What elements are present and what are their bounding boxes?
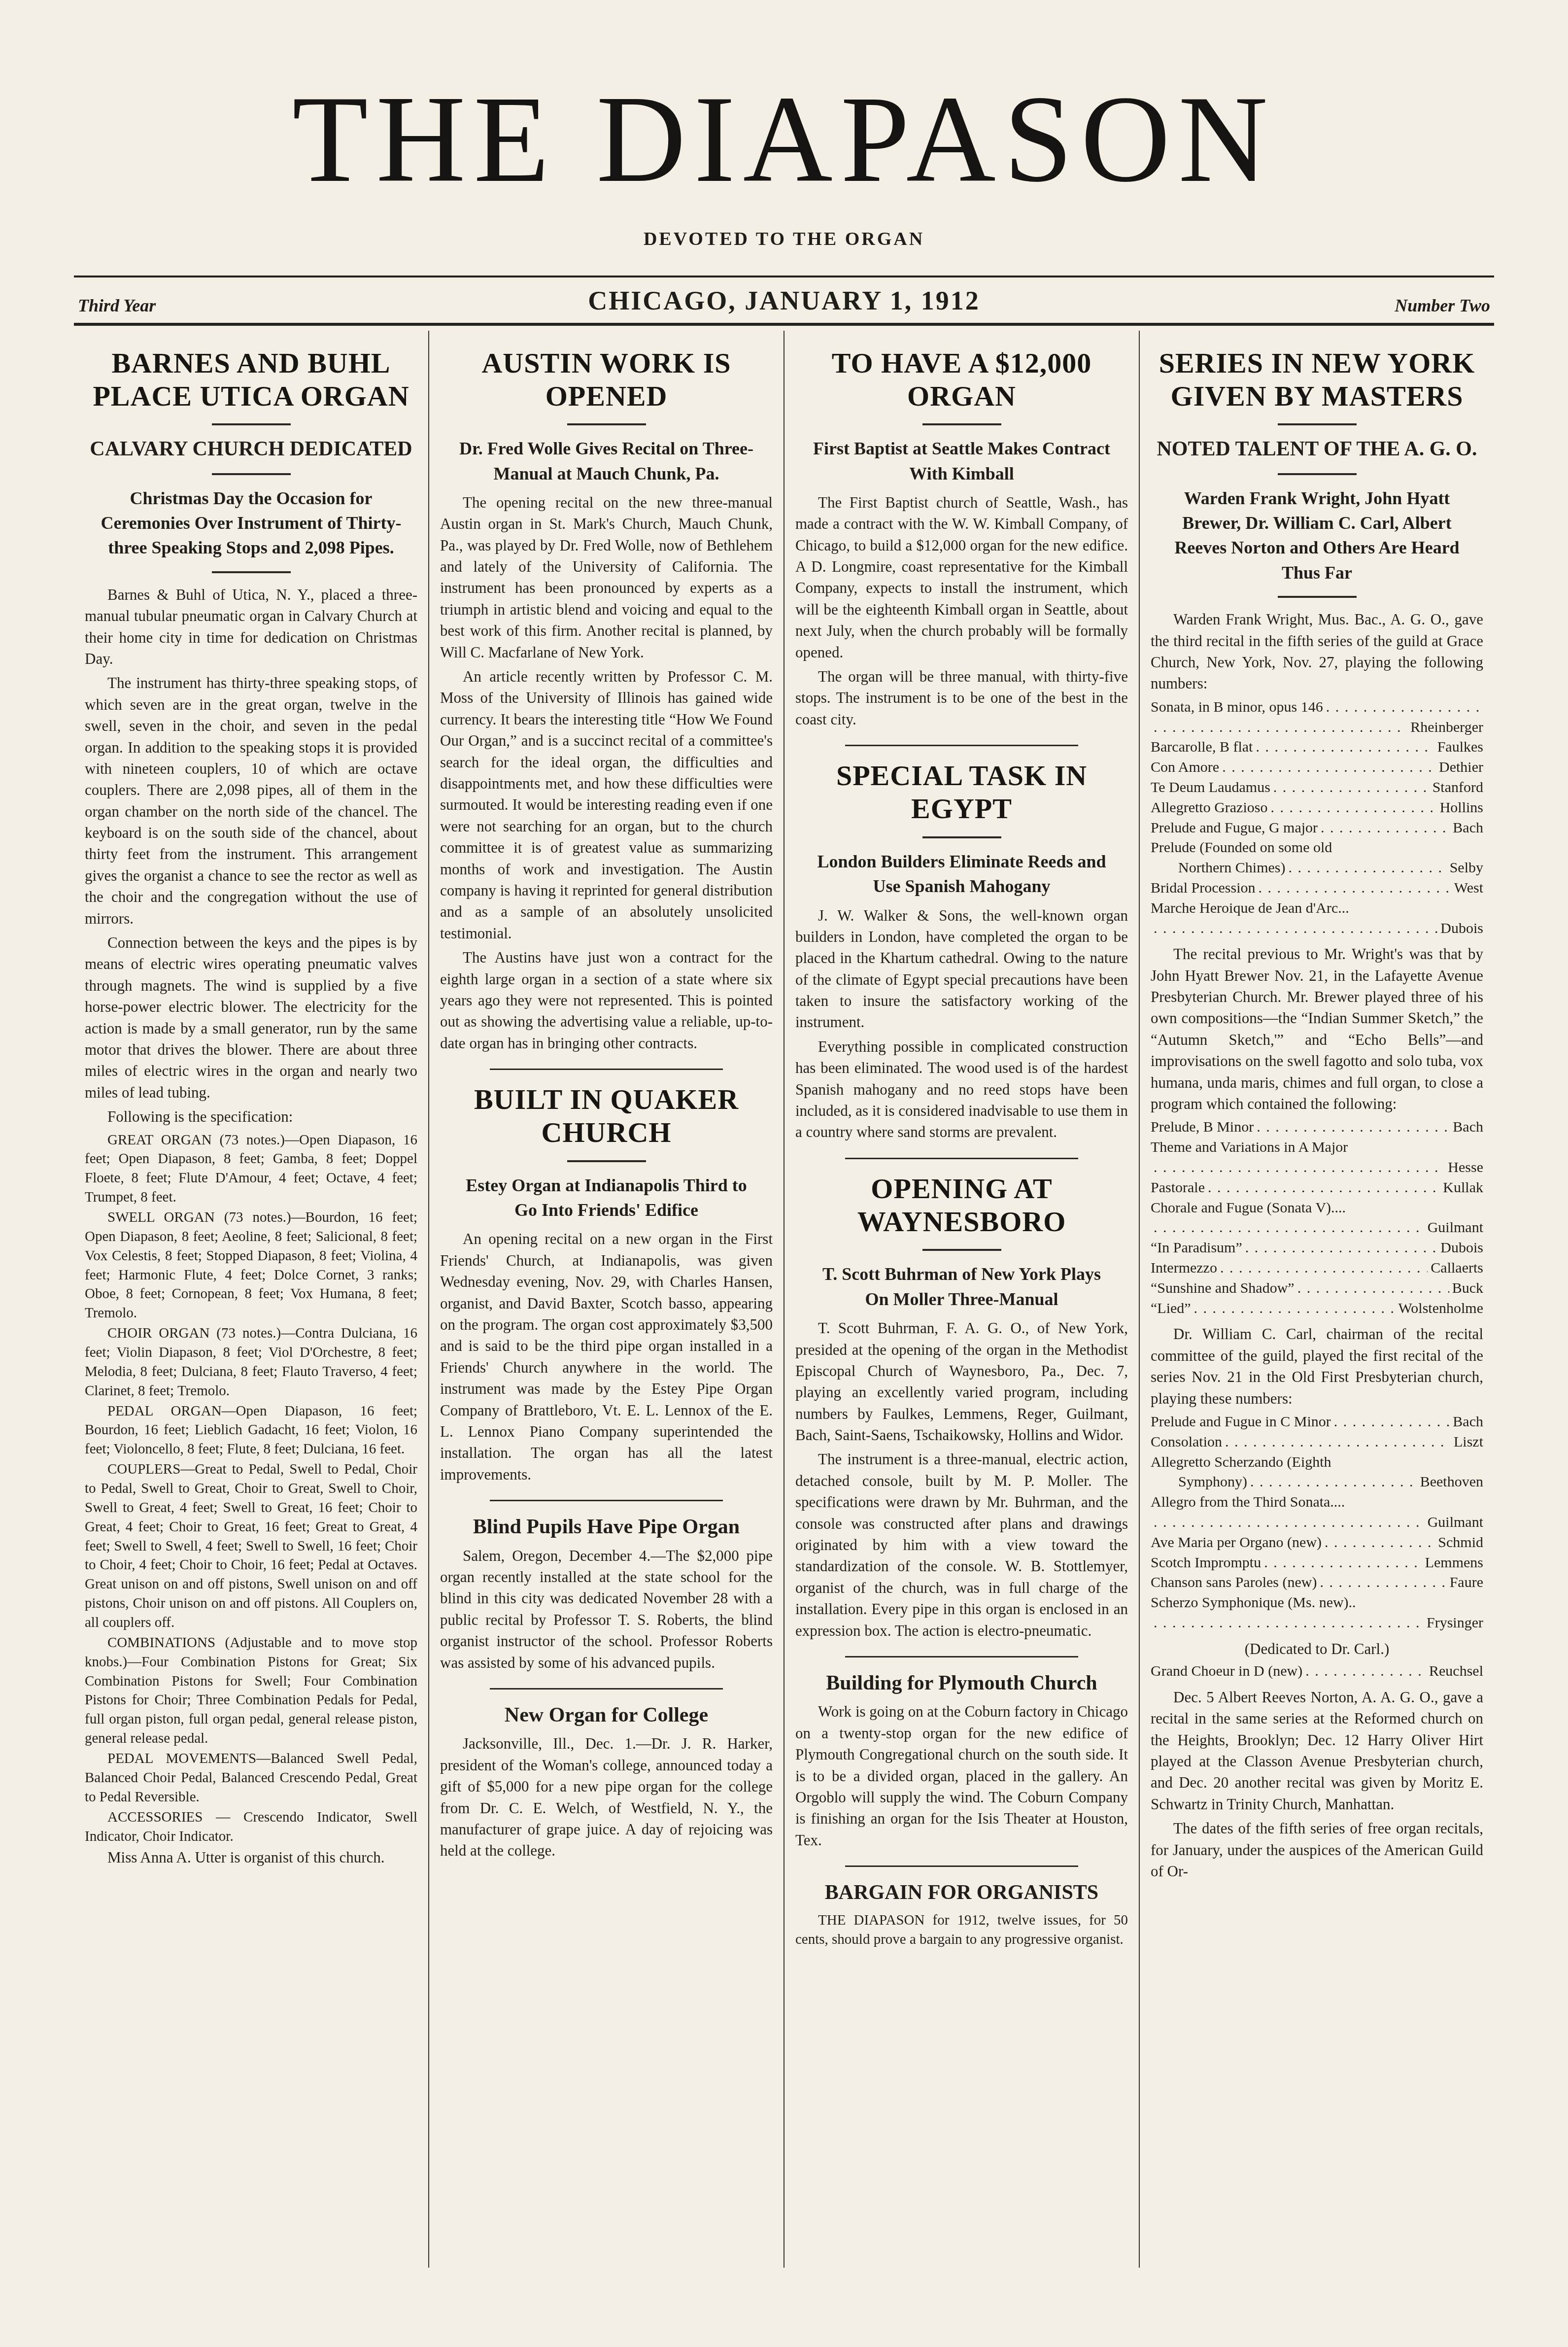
article-headline: BARNES AND BUHL PLACE UTICA ORGAN (85, 346, 417, 413)
program-composer: Beethoven (1420, 1472, 1483, 1492)
article-divider (490, 1069, 723, 1070)
program-composer: Schmid (1438, 1533, 1483, 1553)
program-list: Prelude, B MinorBachTheme and Variations… (1151, 1117, 1483, 1318)
program-work: Prelude, B Minor (1151, 1117, 1254, 1138)
dot-leader (1264, 1553, 1422, 1573)
program-line: PastoraleKullak (1151, 1178, 1483, 1198)
program-line: Marche Heroique de Jean d'Arc... (1151, 898, 1483, 919)
column-2: AUSTIN WORK IS OPENEDDr. Fred Wolle Give… (428, 331, 784, 2268)
headline-rule (212, 473, 291, 475)
article-deck: T. Scott Buhrman of New York Plays On Mo… (810, 1262, 1113, 1312)
program-composer: Hesse (1448, 1158, 1483, 1178)
spec-paragraph: CHOIR ORGAN (73 notes.)—Contra Dulciana,… (85, 1324, 417, 1400)
article-divider (845, 1656, 1078, 1657)
article-subhead: Building for Plymouth Church (795, 1670, 1128, 1696)
paragraph: The organ will be three manual, with thi… (795, 666, 1128, 730)
program-work: Marche Heroique de Jean d'Arc... (1151, 898, 1349, 919)
dot-leader (1256, 737, 1434, 758)
program-work: Intermezzo (1151, 1258, 1217, 1278)
program-line: Ave Maria per Organo (new)Schmid (1151, 1533, 1483, 1553)
program-line: Allegro from the Third Sonata.... (1151, 1492, 1483, 1513)
article-headline: BUILT IN QUAKER CHURCH (440, 1083, 773, 1149)
program-composer: Faulkes (1437, 737, 1483, 758)
dot-leader (1222, 758, 1436, 778)
program-line: Theme and Variations in A Major (1151, 1138, 1483, 1158)
article-deck: Christmas Day the Occasion for Ceremonie… (100, 486, 403, 560)
headline-rule (1278, 596, 1357, 598)
paragraph: The recital previous to Mr. Wright's was… (1151, 943, 1483, 1114)
article-subhead: New Organ for College (440, 1702, 773, 1728)
paragraph: J. W. Walker & Sons, the well-known orga… (795, 905, 1128, 1033)
dot-leader (1154, 1613, 1424, 1633)
column-4: SERIES IN NEW YORK GIVEN BY MASTERSNOTED… (1139, 331, 1494, 2268)
program-line: Chorale and Fugue (Sonata V).... (1151, 1198, 1483, 1218)
dot-leader (1154, 1218, 1425, 1238)
program-work: Chanson sans Paroles (new) (1151, 1573, 1317, 1593)
dot-leader (1257, 1117, 1450, 1138)
program-line: Guilmant (1151, 1218, 1483, 1238)
program-line: Prelude and Fugue in C MinorBach (1151, 1412, 1483, 1432)
program-composer: Stanford (1432, 778, 1483, 798)
dateline: Third Year CHICAGO, JANUARY 1, 1912 Numb… (74, 276, 1494, 326)
paragraph: An article recently written by Professor… (440, 666, 773, 944)
program-work: Allegro from the Third Sonata.... (1151, 1492, 1345, 1513)
program-work: “In Paradisum” (1151, 1238, 1242, 1258)
program-composer: West (1454, 878, 1483, 898)
spec-paragraph: THE DIAPASON for 1912, twelve issues, fo… (795, 1911, 1128, 1949)
spec-paragraph: GREAT ORGAN (73 notes.)—Open Diapason, 1… (85, 1131, 417, 1207)
program-line: Rheinberger (1151, 718, 1483, 738)
dot-leader (1258, 878, 1451, 898)
program-list: Grand Choeur in D (new)Reuchsel (1151, 1661, 1483, 1682)
paragraph: Dr. William C. Carl, chairman of the rec… (1151, 1323, 1483, 1409)
program-work: Prelude (Founded on some old (1151, 838, 1332, 858)
page-title: THE DIAPASON (74, 74, 1494, 205)
headline-rule (212, 423, 291, 425)
paragraph: Salem, Oregon, December 4.—The $2,000 pi… (440, 1545, 773, 1673)
program-line: Prelude (Founded on some old (1151, 838, 1483, 858)
issue-number-label: Number Two (1395, 295, 1490, 316)
program-work: Prelude and Fugue in C Minor (1151, 1412, 1331, 1432)
dot-leader (1154, 1513, 1425, 1533)
program-line: Dubois (1151, 919, 1483, 939)
program-line: Bridal ProcessionWest (1151, 878, 1483, 898)
headline-rule (1278, 473, 1357, 475)
headline-rule (922, 1249, 1001, 1251)
paragraph: Work is going on at the Coburn factory i… (795, 1701, 1128, 1851)
edition-label: Third Year (78, 295, 156, 316)
program-work: Grand Choeur in D (new) (1151, 1661, 1302, 1682)
program-line: Grand Choeur in D (new)Reuchsel (1151, 1661, 1483, 1682)
spec-paragraph: ACCESSORIES — Crescendo Indicator, Swell… (85, 1808, 417, 1846)
masthead-subtitle: DEVOTED TO THE ORGAN (74, 228, 1494, 250)
dot-leader (1194, 1299, 1396, 1319)
program-line: Te Deum LaudamusStanford (1151, 778, 1483, 798)
program-line: Northern Chimes)Selby (1151, 858, 1483, 878)
program-composer: Lemmens (1425, 1553, 1483, 1573)
program-work: Scherzo Symphonique (Ms. new).. (1151, 1593, 1356, 1613)
program-line: Scotch ImpromptuLemmens (1151, 1553, 1483, 1573)
article-divider (845, 1865, 1078, 1867)
dot-leader (1273, 778, 1430, 798)
spec-paragraph: PEDAL ORGAN—Open Diapason, 16 feet; Bour… (85, 1402, 417, 1459)
dot-leader (1250, 1472, 1417, 1492)
headline-rule (212, 571, 291, 573)
program-composer: Guilmant (1428, 1218, 1483, 1238)
dot-leader (1297, 1278, 1449, 1299)
program-work: Allegretto Scherzando (Eighth (1151, 1452, 1331, 1473)
program-line: IntermezzoCallaerts (1151, 1258, 1483, 1278)
program-list: Prelude and Fugue in C MinorBachConsolat… (1151, 1412, 1483, 1633)
article-subhead: CALVARY CHURCH DEDICATED (85, 436, 417, 462)
article-divider (490, 1688, 723, 1690)
article-divider (845, 1158, 1078, 1159)
program-composer: Frysinger (1427, 1613, 1483, 1633)
newspaper-page: THE DIAPASON DEVOTED TO THE ORGAN Third … (0, 0, 1568, 2347)
dot-leader (1305, 1661, 1426, 1682)
dot-leader (1270, 798, 1436, 818)
program-composer: Bach (1453, 818, 1483, 838)
dot-leader (1325, 1533, 1435, 1553)
masthead: THE DIAPASON DEVOTED TO THE ORGAN (74, 0, 1494, 250)
article-subhead: NOTED TALENT OF THE A. G. O. (1151, 436, 1483, 462)
program-work: Bridal Procession (1151, 878, 1255, 898)
dot-leader (1245, 1238, 1438, 1258)
paragraph: The dates of the fifth series of free or… (1151, 1818, 1483, 1882)
program-composer: Bach (1453, 1117, 1483, 1138)
paragraph: T. Scott Buhrman, F. A. G. O., of New Yo… (795, 1317, 1128, 1446)
program-line: “Lied”Wolstenholme (1151, 1299, 1483, 1319)
paragraph: The opening recital on the new three-man… (440, 492, 773, 663)
paragraph: The Austins have just won a contract for… (440, 947, 773, 1054)
dot-leader (1321, 818, 1450, 838)
program-work: Northern Chimes) (1151, 858, 1285, 878)
spec-paragraph: COUPLERS—Great to Pedal, Swell to Pedal,… (85, 1460, 417, 1632)
article-deck: First Baptist at Seattle Makes Contract … (810, 436, 1113, 486)
article-divider (490, 1500, 723, 1501)
dot-leader (1334, 1412, 1450, 1432)
dot-leader (1154, 919, 1437, 939)
program-line: Allegretto Scherzando (Eighth (1151, 1452, 1483, 1473)
spec-paragraph: COMBINATIONS (Adjustable and to move sto… (85, 1633, 417, 1748)
dot-leader (1326, 697, 1480, 718)
article-subhead: Blind Pupils Have Pipe Organ (440, 1514, 773, 1540)
program-work: Sonata, in B minor, opus 146 (1151, 697, 1323, 718)
program-composer: Kullak (1443, 1178, 1483, 1198)
paragraph: An opening recital on a new organ in the… (440, 1228, 773, 1485)
program-composer: Rheinberger (1410, 718, 1483, 738)
program-work: Ave Maria per Organo (new) (1151, 1533, 1322, 1553)
program-work: Allegretto Grazioso (1151, 798, 1267, 818)
paragraph: Jacksonville, Ill., Dec. 1.—Dr. J. R. Ha… (440, 1733, 773, 1861)
program-work: Chorale and Fugue (Sonata V).... (1151, 1198, 1346, 1218)
program-composer: Liszt (1454, 1432, 1483, 1452)
program-line: ConsolationLiszt (1151, 1432, 1483, 1452)
dot-leader (1320, 1573, 1446, 1593)
paragraph: The First Baptist church of Seattle, Was… (795, 492, 1128, 663)
headline-rule (567, 423, 646, 425)
article-deck: London Builders Eliminate Reeds and Use … (810, 849, 1113, 899)
paragraph: The instrument has thirty-three speaking… (85, 672, 417, 929)
dot-leader (1288, 858, 1446, 878)
column-1: BARNES AND BUHL PLACE UTICA ORGANCALVARY… (74, 331, 428, 2268)
program-line: Con AmoreDethier (1151, 758, 1483, 778)
article-headline: SERIES IN NEW YORK GIVEN BY MASTERS (1151, 346, 1483, 413)
program-composer: Selby (1450, 858, 1483, 878)
program-composer: Callaerts (1431, 1258, 1483, 1278)
article-headline: AUSTIN WORK IS OPENED (440, 346, 773, 413)
column-area: BARNES AND BUHL PLACE UTICA ORGANCALVARY… (74, 331, 1494, 2268)
program-line: Guilmant (1151, 1513, 1483, 1533)
program-line: Sonata, in B minor, opus 146 (1151, 697, 1483, 718)
article-divider (845, 745, 1078, 746)
program-composer: Dubois (1440, 1238, 1483, 1258)
program-work: Te Deum Laudamus (1151, 778, 1270, 798)
paragraph: Dec. 5 Albert Reeves Norton, A. A. G. O.… (1151, 1687, 1483, 1815)
program-line: Allegretto GraziosoHollins (1151, 798, 1483, 818)
program-composer: Buck (1452, 1278, 1483, 1299)
article-headline: SPECIAL TASK IN EGYPT (795, 759, 1128, 826)
dot-leader (1154, 718, 1407, 738)
program-composer: Bach (1453, 1412, 1483, 1432)
program-composer: Hollins (1440, 798, 1483, 818)
paragraph: Warden Frank Wright, Mus. Bac., A. G. O.… (1151, 609, 1483, 694)
program-work: “Lied” (1151, 1299, 1191, 1319)
headline-rule (1278, 423, 1357, 425)
program-line: Barcarolle, B flatFaulkes (1151, 737, 1483, 758)
paragraph: Miss Anna A. Utter is organist of this c… (85, 1847, 417, 1868)
article-deck: Estey Organ at Indianapolis Third to Go … (455, 1173, 758, 1223)
article-headline: TO HAVE A $12,000 ORGAN (795, 346, 1128, 413)
spec-paragraph: PEDAL MOVEMENTS—Balanced Swell Pedal, Ba… (85, 1749, 417, 1807)
dot-leader (1220, 1258, 1428, 1278)
program-work: Consolation (1151, 1432, 1222, 1452)
article-headline: OPENING AT WAYNESBORO (795, 1172, 1128, 1239)
program-line: Prelude and Fugue, G majorBach (1151, 818, 1483, 838)
article-deck: Dr. Fred Wolle Gives Recital on Three-Ma… (455, 436, 758, 486)
article-subhead: BARGAIN FOR ORGANISTS (795, 1880, 1128, 1906)
program-line: Chanson sans Paroles (new)Faure (1151, 1573, 1483, 1593)
program-work: Con Amore (1151, 758, 1219, 778)
headline-rule (922, 836, 1001, 838)
paragraph: Connection between the keys and the pipe… (85, 932, 417, 1103)
program-line: Prelude, B MinorBach (1151, 1117, 1483, 1138)
program-composer: Reuchsel (1429, 1661, 1483, 1682)
spec-paragraph: SWELL ORGAN (73 notes.)—Bourdon, 16 feet… (85, 1208, 417, 1323)
program-work: “Sunshine and Shadow” (1151, 1278, 1295, 1299)
program-line: Scherzo Symphonique (Ms. new).. (1151, 1593, 1483, 1613)
program-composer: Guilmant (1428, 1513, 1483, 1533)
program-work: Pastorale (1151, 1178, 1205, 1198)
article-deck: Warden Frank Wright, John Hyatt Brewer, … (1165, 486, 1468, 586)
program-composer: Wolstenholme (1398, 1299, 1483, 1319)
program-note: (Dedicated to Dr. Carl.) (1151, 1638, 1483, 1659)
date-label: CHICAGO, JANUARY 1, 1912 (588, 285, 980, 316)
program-work: Prelude and Fugue, G major (1151, 818, 1318, 838)
headline-rule (567, 1160, 646, 1162)
dot-leader (1225, 1432, 1451, 1452)
program-composer: Dethier (1439, 758, 1483, 778)
program-line: “In Paradisum”Dubois (1151, 1238, 1483, 1258)
program-list: Sonata, in B minor, opus 146RheinbergerB… (1151, 697, 1483, 939)
program-work: Scotch Impromptu (1151, 1553, 1261, 1573)
program-composer: Faure (1450, 1573, 1483, 1593)
program-line: Frysinger (1151, 1613, 1483, 1633)
headline-rule (922, 423, 1001, 425)
program-work: Symphony) (1151, 1472, 1247, 1492)
paragraph: Following is the specification: (85, 1106, 417, 1127)
program-work: Theme and Variations in A Major (1151, 1138, 1348, 1158)
program-line: Hesse (1151, 1158, 1483, 1178)
paragraph: The instrument is a three-manual, electr… (795, 1449, 1128, 1641)
program-line: “Sunshine and Shadow”Buck (1151, 1278, 1483, 1299)
dot-leader (1208, 1178, 1440, 1198)
paragraph: Everything possible in complicated const… (795, 1036, 1128, 1143)
program-line: Symphony)Beethoven (1151, 1472, 1483, 1492)
program-composer: Dubois (1440, 919, 1483, 939)
program-work: Barcarolle, B flat (1151, 737, 1253, 758)
dot-leader (1154, 1158, 1445, 1178)
column-3: TO HAVE A $12,000 ORGANFirst Baptist at … (784, 331, 1139, 2268)
paragraph: Barnes & Buhl of Utica, N. Y., placed a … (85, 584, 417, 670)
